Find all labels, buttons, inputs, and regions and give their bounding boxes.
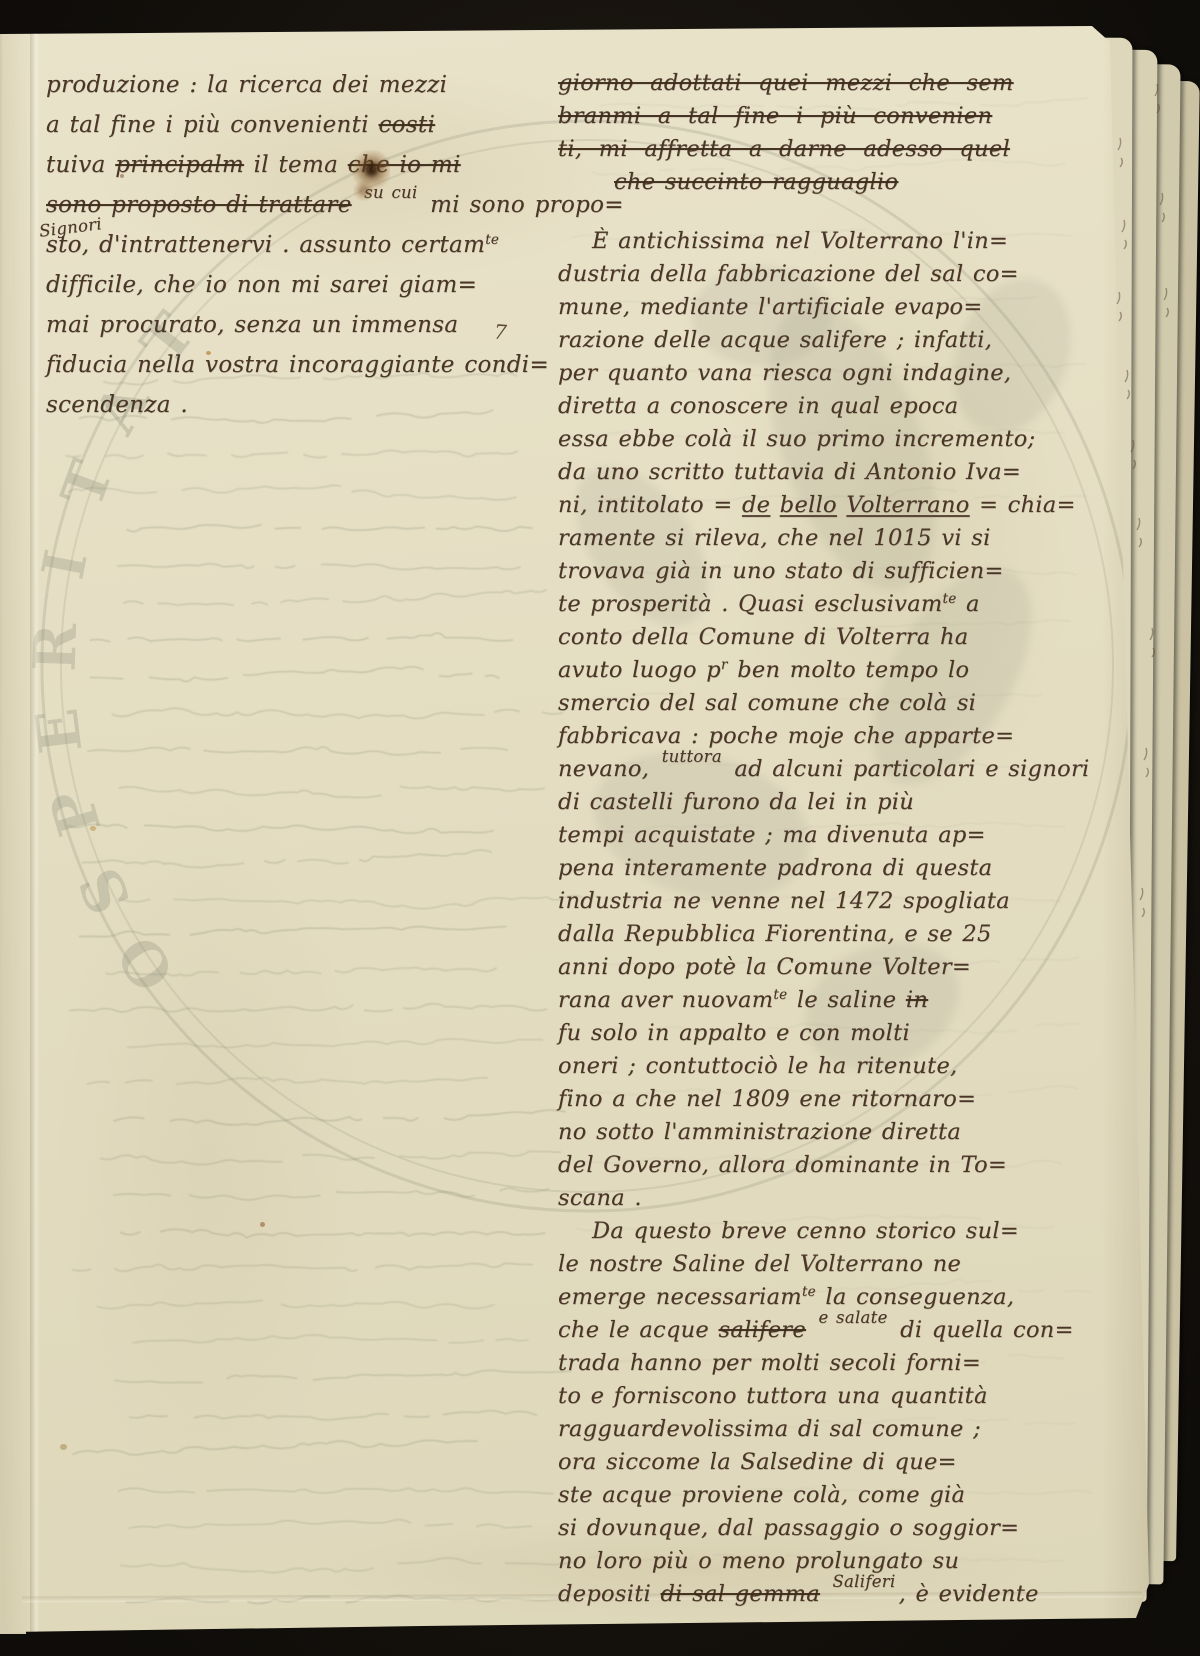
text-run: te prosperità . Quasi esclusivam [558,591,943,617]
manuscript-line: scendenza . [46,392,548,432]
text-run: anni dopo potè la Comune Volter= [558,954,971,980]
text-run: ad alcuni particolari e signori [725,756,1090,782]
manuscript-line: ti, mi affretta a darne adesso quel [558,136,1114,169]
manuscript-line: pena interamente padrona di questa [558,855,1114,888]
superscript: r [721,657,728,673]
manuscript-line: del Governo, allora dominante in To= [558,1152,1114,1185]
text-run: smercio del sal comune che colà si [558,690,976,716]
ink-blot [346,150,390,202]
manuscript-line: industria ne venne nel 1472 spogliata [558,888,1114,921]
manuscript-line: avuto luogo pr ben molto tempo lo [558,657,1114,690]
manuscript-line: razione delle acque salifere ; infatti, [558,327,1114,360]
manuscript-line: Da questo breve cenno storico sul= [558,1218,1114,1251]
text-run: ragguardevolissima di sal comune ; [558,1416,981,1442]
text-run: dustria della fabbricazione del sal co= [558,261,1019,287]
text-run: , è evidente [899,1581,1039,1607]
text-run: fiducia nella vostra incoraggiante condi… [46,352,549,378]
text-run [820,1581,829,1607]
superscript: te [943,591,957,607]
text-run: tempi acquistate ; ma divenuta ap= [558,822,986,848]
text-run: scendenza . [46,392,188,418]
manuscript-line: fiducia nella vostra incoraggiante condi… [46,352,548,392]
text-run: ramente si rileva, che nel 1015 vi si [558,525,991,551]
manuscript-line: ni, intitolato = de bello Volterrano = c… [558,492,1114,525]
text-run: a tal fine i più convenienti [46,112,378,138]
superscript: te [802,1284,816,1300]
text-run: avuto luogo p [558,657,721,683]
manuscript-line: mai procurato, senza un immensa [46,312,548,352]
text-run: pena interamente padrona di questa [558,855,992,881]
svg-text:P: P [37,782,114,843]
manuscript-line: tuiva principalm il tema che io mi [46,152,548,192]
text-run: si dovunque, dal passaggio o soggior= [558,1515,1019,1541]
manuscript-line: scana . [558,1185,1114,1218]
text-run: conto della Comune di Volterra ha [558,624,969,650]
manuscript-line: trovava già in uno stato di sufficien= [558,558,1114,591]
manuscript-line: che succinto ragguaglio [558,169,1114,202]
text-run: difficile, che io non mi sarei giam= [46,272,477,298]
struck-text: principalm [115,152,244,178]
text-run: le nostre Saline del Volterrano ne [558,1251,961,1277]
manuscript-line: essa ebbe colà il suo primo incremento; [558,426,1114,459]
struck-text: in [906,987,928,1013]
text-run: to e forniscono tuttora una quantità [558,1383,988,1409]
manuscript-line: depositi di sal gemma Saliferi, è eviden… [558,1581,1114,1614]
stain-speck [120,174,124,178]
underlined-text: de [742,492,770,518]
text-run: essa ebbe colà il suo primo incremento; [558,426,1036,452]
underlined-text: Volterrano [846,492,969,518]
right-column: giorno adottati quei mezzi che sembranmi… [558,70,1114,1614]
text-run: di castelli furono da lei in più [558,789,914,815]
manuscript-line: Signoristo, d'intrattenervi . assunto ce… [46,232,548,272]
text-run [806,1317,815,1343]
text-run: ora siccome la Salsedine di que= [558,1449,957,1475]
text-run: ni, intitolato = [558,492,742,518]
struck-text: branmi a tal fine i più convenien [558,103,992,129]
manuscript-line: ora siccome la Salsedine di que= [558,1449,1114,1482]
text-run: fino a che nel 1809 ene ritornaro= [558,1086,976,1112]
text-run: Da questo breve cenno storico sul= [592,1218,1019,1244]
text-run [770,492,779,518]
manuscript-line: nevano, tuttora ad alcuni particolari e … [558,756,1114,789]
text-run: per quanto vana riesca ogni indagine, [558,360,1011,386]
svg-text:S: S [65,857,144,924]
text-run: razione delle acque salifere ; infatti, [558,327,992,353]
text-run: industria ne venne nel 1472 spogliata [558,888,1010,914]
text-run: il tema [244,152,348,178]
struck-text: giorno adottati quei mezzi che sem [558,70,1014,96]
manuscript-line: conto della Comune di Volterra ha [558,624,1114,657]
manuscript-line: per quanto vana riesca ogni indagine, [558,360,1114,393]
manuscript-line: smercio del sal comune che colà si [558,690,1114,723]
manuscript-line: È antichissima nel Volterrano l'in= [558,228,1114,261]
manuscript-line: fabbricava : poche moje che apparte= [558,723,1114,756]
text-run: mune, mediante l'artificiale evapo= [558,294,983,320]
text-run: tuiva [46,152,115,178]
text-run: trada hanno per molti secoli forni= [558,1350,981,1376]
text-run: scana . [558,1185,642,1211]
struck-text: salifere [719,1317,806,1343]
manuscript-line: che le acque salifere e salate di quella… [558,1317,1114,1350]
manuscript-line: sono proposto di trattare su cui mi sono… [46,192,548,232]
gutter-crease [30,26,40,1634]
manuscript-line: anni dopo potè la Comune Volter= [558,954,1114,987]
text-run: no loro più o meno prolungato su [558,1548,959,1574]
stain-speck [90,826,96,831]
struck-text: costi [378,112,435,138]
text-run: ste acque proviene colà, come già [558,1482,965,1508]
manuscript-line: trada hanno per molti secoli forni= [558,1350,1114,1383]
text-run: le saline [787,987,905,1013]
text-run: sto, d'intrattenervi . assunto certam [46,232,485,258]
left-column: produzione : la ricerca dei mezzia tal f… [46,72,548,432]
struck-text: ti, mi affretta a darne adesso quel [558,136,1010,162]
superscript: te [485,232,499,248]
manuscript-line: oneri ; contuttociò le ha ritenute, [558,1053,1114,1086]
manuscript-line: to e forniscono tuttora una quantità [558,1383,1114,1416]
manuscript-line: produzione : la ricerca dei mezzi [46,72,548,112]
text-run: diretta a conoscere in qual epoca [558,393,958,419]
text-run: dalla Repubblica Fiorentina, e se 25 [558,921,992,947]
manuscript-line: a tal fine i più convenienti costi [46,112,548,152]
text-run: del Governo, allora dominante in To= [558,1152,1007,1178]
svg-text:T: T [48,452,127,516]
manuscript-line: branmi a tal fine i più convenien [558,103,1114,136]
manuscript-line: mune, mediante l'artificiale evapo= [558,294,1114,327]
stain-speck [260,1222,265,1227]
text-run: che le acque [558,1317,719,1343]
text-run: emerge necessariam [558,1284,802,1310]
manuscript-line: fu solo in appalto e con molti [558,1020,1114,1053]
text-run: trovava già in uno stato di sufficien= [558,558,1004,584]
stain-speck [206,351,211,355]
manuscript-line: ste acque proviene colà, come già [558,1482,1114,1515]
manuscript-line: ramente si rileva, che nel 1015 vi si [558,525,1114,558]
manuscript-line: ragguardevolissima di sal comune ; [558,1416,1114,1449]
manuscript-line: di castelli furono da lei in più [558,789,1114,822]
manuscript-line: difficile, che io non mi sarei giam= [46,272,548,312]
svg-text:O: O [104,924,189,1004]
underlined-text: bello [780,492,837,518]
text-run: di quella con= [891,1317,1074,1343]
text-run: la conseguenza, [816,1284,1014,1310]
text-run: fabbricava : poche moje che apparte= [558,723,1014,749]
manuscript-line: giorno adottati quei mezzi che sem [558,70,1114,103]
manuscript-line: rana aver nuovamte le saline in [558,987,1114,1020]
manuscript-line: diretta a conoscere in qual epoca [558,393,1114,426]
manuscript-line: le nostre Saline del Volterrano ne [558,1251,1114,1284]
text-run [837,492,846,518]
text-run: È antichissima nel Volterrano l'in= [592,228,1008,254]
manuscript-line: tempi acquistate ; ma divenuta ap= [558,822,1114,855]
page-number-mark: 7 [493,320,507,345]
text-run: rana aver nuovam [558,987,773,1013]
manuscript-line: da uno scritto tuttavia di Antonio Iva= [558,459,1114,492]
scanned-manuscript: TATIREPSO produzione : la ricerca dei me… [0,0,1200,1656]
text-run: ben molto tempo lo [728,657,970,683]
struck-text: sono proposto di trattare [46,192,352,218]
text-run: mai procurato, senza un immensa [46,312,458,338]
stain-speck [60,1444,67,1450]
manuscript-page: TATIREPSO produzione : la ricerca dei me… [2,26,1152,1634]
superscript: te [773,987,787,1003]
manuscript-line: dustria della fabbricazione del sal co= [558,261,1114,294]
text-run: produzione : la ricerca dei mezzi [46,72,447,98]
struck-text: che succinto ragguaglio [614,169,898,195]
text-run: = chia= [970,492,1076,518]
manuscript-line: dalla Repubblica Fiorentina, e se 25 [558,921,1114,954]
manuscript-line: si dovunque, dal passaggio o soggior= [558,1515,1114,1548]
text-run: a [957,591,980,617]
text-run: da uno scritto tuttavia di Antonio Iva= [558,459,1021,485]
manuscript-line: te prosperità . Quasi esclusivamte a [558,591,1114,624]
text-run: fu solo in appalto e con molti [558,1020,910,1046]
text-run: nevano, [558,756,659,782]
text-run: no sotto l'amministrazione diretta [558,1119,961,1145]
text-run: oneri ; contuttociò le ha ritenute, [558,1053,958,1079]
text-run: depositi [558,1581,661,1607]
struck-text: di sal gemma [661,1581,820,1607]
manuscript-line: fino a che nel 1809 ene ritornaro= [558,1086,1114,1119]
manuscript-line: no sotto l'amministrazione diretta [558,1119,1114,1152]
